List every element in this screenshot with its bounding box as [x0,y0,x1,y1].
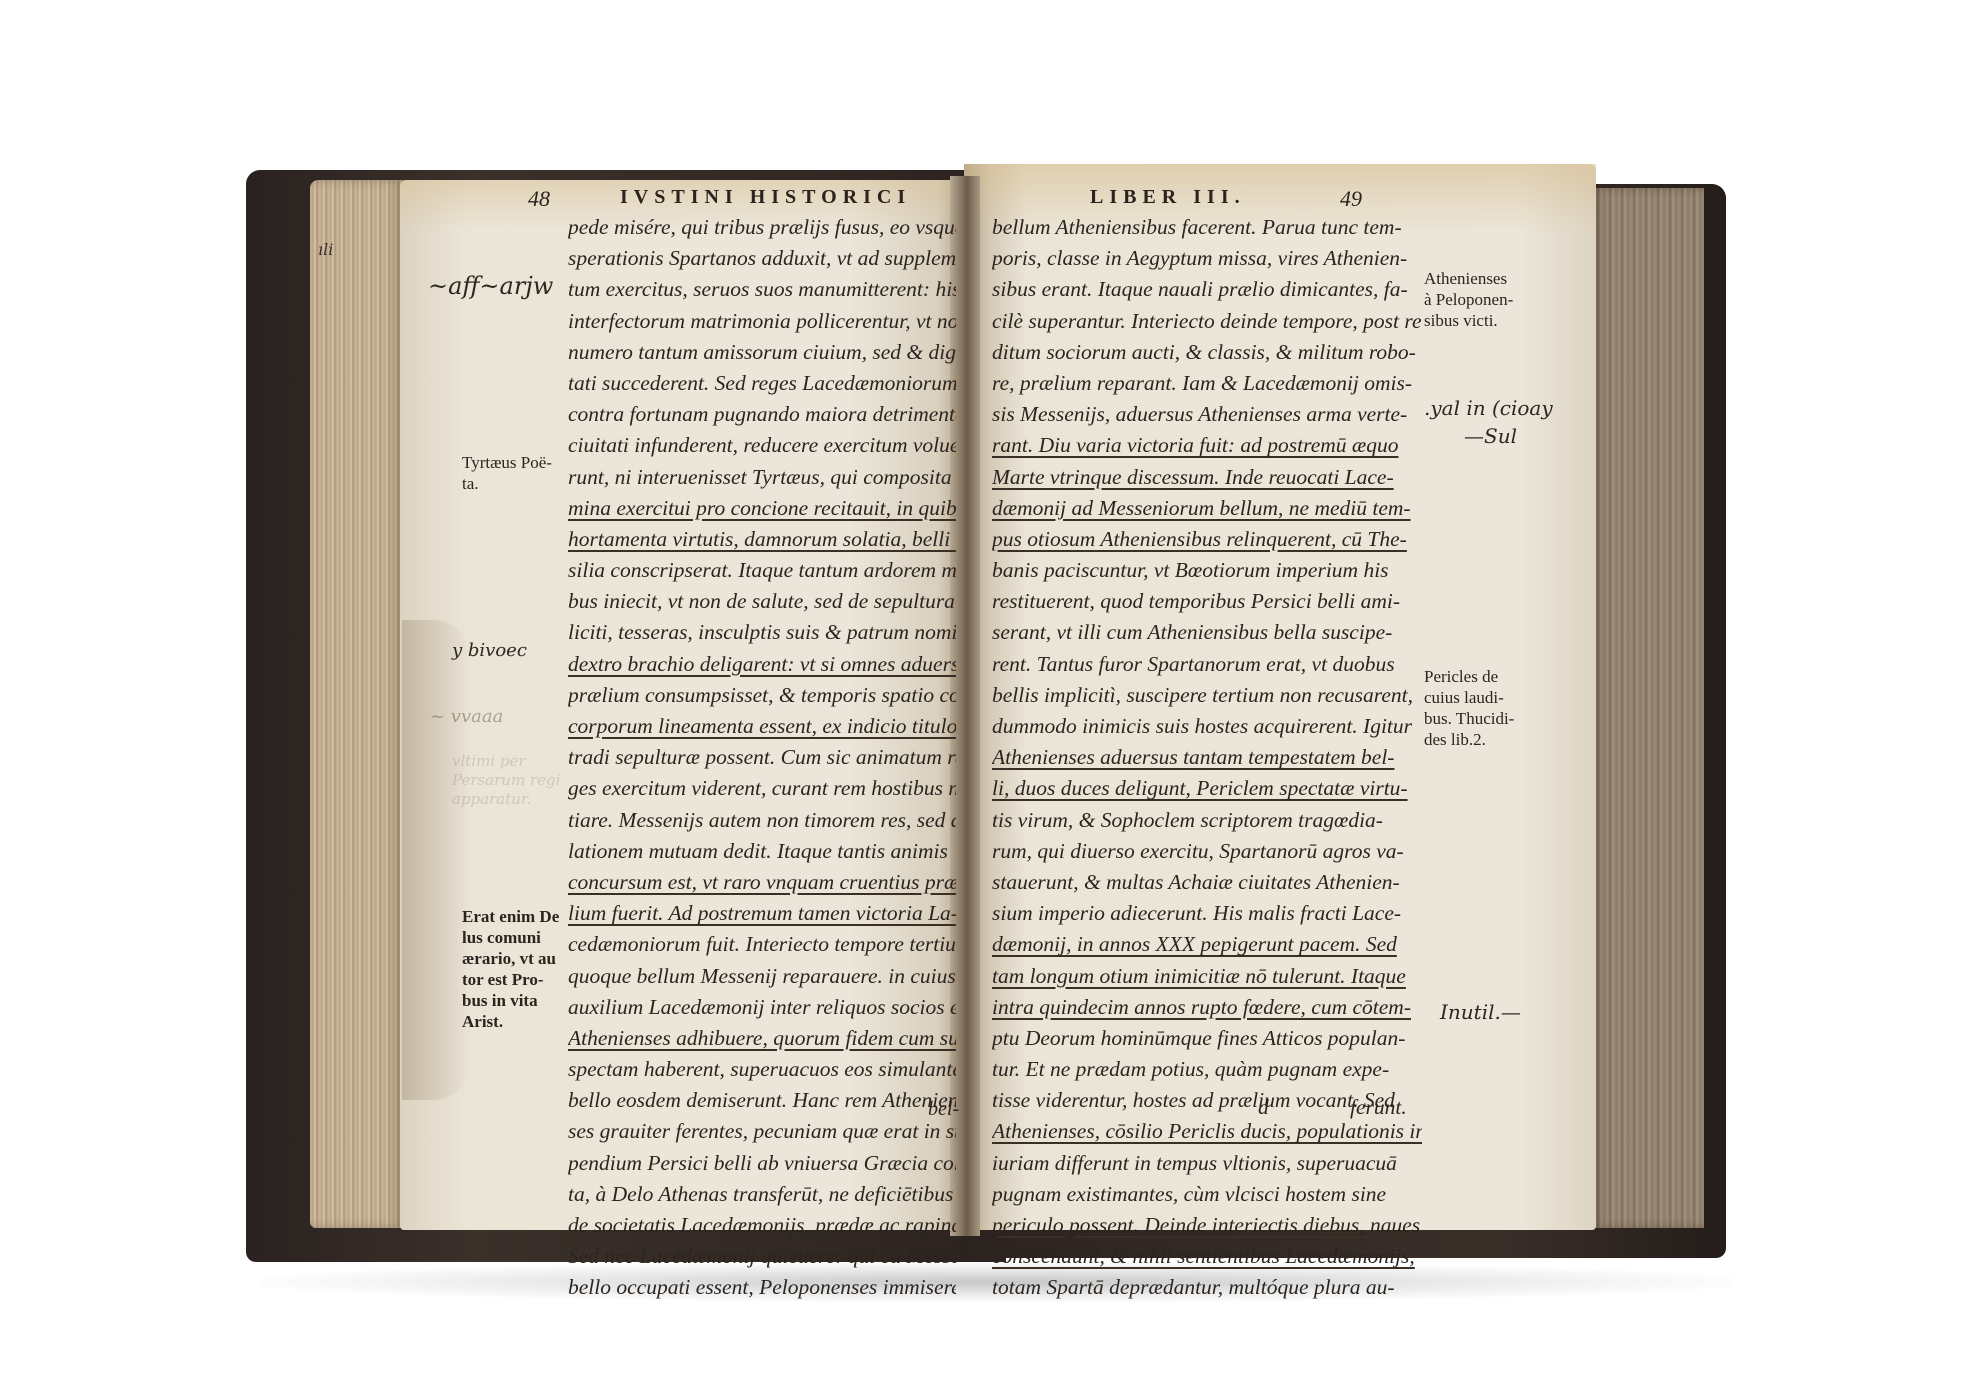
right-folio-number: 49 [1340,186,1362,212]
text-line-underlined: corporum lineamenta essent, ex indicio t… [568,711,956,742]
text-line-underlined: rant. Diu varia victoria fuit: ad postre… [992,430,1422,461]
text-line: liciti, tesseras, insculptis suis & patr… [568,617,956,648]
text-line-underlined: li, duos duces deligunt, Periclem specta… [992,773,1422,804]
text-line: interfectorum matrimonia pollicerentur, … [568,306,956,337]
text-line-underlined: Marte vtrinque discessum. Inde reuocati … [992,462,1422,493]
page-edges-left [310,180,402,1228]
text-line: pugnam existimantes, cùm vlcisci hostem … [992,1179,1422,1210]
side-note-pericles: Pericles de cuius laudi- bus. Thucidi- d… [1424,666,1514,750]
text-line-underlined: dæmonij, in annos XXX pepigerunt pacem. … [992,929,1422,960]
text-line-underlined: hortamenta virtutis, damnorum solatia, b… [568,524,956,555]
text-line-underlined: mina exercitui pro concione recitauit, i… [568,493,956,524]
text-line-underlined: dextro brachio deligarent: vt si omnes a… [568,649,956,680]
left-folio-number: 48 [528,186,550,212]
text-line-underlined: lium fuerit. Ad postremum tamen victoria… [568,898,956,929]
text-line-underlined: conscendunt, & nihil sentientibus Lacedæ… [992,1241,1422,1272]
right-running-head: LIBER III. [1090,186,1246,209]
left-page-catchword: bel- [928,1094,959,1125]
handwritten-note: .yal in (cioay [1424,396,1553,420]
text-line: ges exercitum viderent, curant rem hosti… [568,773,956,804]
text-line: tiare. Messenijs autem non timorem res, … [568,805,956,836]
text-line: sibus erant. Itaque nauali prælio dimica… [992,274,1422,305]
text-line: contra fortunam pugnando maiora detrimen… [568,399,956,430]
text-line: rent. Tantus furor Spartanorum erat, vt … [992,649,1422,680]
left-text-column: pede misére, qui tribus prælijs fusus, e… [568,212,956,1304]
text-line: poris, classe in Aegyptum missa, vires A… [992,243,1422,274]
text-line: rum, qui diuerso exercitu, Spartanorū ag… [992,836,1422,867]
text-line: auxilium Lacedæmonij inter reliquos soci… [568,992,956,1023]
text-line: restituerent, quod temporibus Persici be… [992,586,1422,617]
text-line: tum exercitus, seruos suos manumitterent… [568,274,956,305]
text-line: silia conscripserat. Itaque tantum ardor… [568,555,956,586]
text-line-underlined: Athenienses adhibuere, quorum fidem cum … [568,1023,956,1054]
text-line: bello eosdem demiserunt. Hanc rem Atheni… [568,1085,956,1116]
left-running-head: IVSTINI HISTORICI [620,186,911,209]
text-line: tur. Et ne prædam potius, quàm pugnam ex… [992,1054,1422,1085]
text-line: ses grauiter ferentes, pecuniam quæ erat… [568,1116,956,1147]
text-line-underlined: concursum est, vt raro vnquam cruentius … [568,867,956,898]
text-line: re, prælium reparant. Iam & Lacedæmonij … [992,368,1422,399]
handwritten-note: ~aff~arjw [428,272,553,300]
text-line-underlined: tam longum otium inimicitiæ nō tulerunt.… [992,961,1422,992]
text-line: runt, ni interuenisset Tyrtæus, qui comp… [568,462,956,493]
signature-mark: d [1258,1092,1269,1123]
side-note-tyrtaeus: Tyrtæus Poë- ta. [462,452,552,494]
text-line: pendium Persici belli ab vniuersa Græcia… [568,1148,956,1179]
text-line: bello occupati essent, Peloponenses immi… [568,1272,956,1303]
text-line: spectam haberent, superuacuos eos simula… [568,1054,956,1085]
text-line: sperationis Spartanos adduxit, vt ad sup… [568,243,956,274]
handwritten-note: Inutil.— [1440,1000,1521,1024]
text-line: bus iniecit, vt non de salute, sed de se… [568,586,956,617]
text-line-underlined: pus otiosum Atheniensibus relinquerent, … [992,524,1422,555]
text-line: de societatis Lacedæmonijs, prædæ ac rap… [568,1210,956,1241]
text-line: serant, vt illi cum Atheniensibus bella … [992,617,1422,648]
side-note-delus: Erat enim De lus comuni ærario, vt au to… [462,906,559,1032]
text-line: quoque bellum Messenij reparauere. in cu… [568,961,956,992]
text-line: cilè superantur. Interiecto deinde tempo… [992,306,1422,337]
edge-ink-mark: ıli [318,240,333,259]
text-line: lationem mutuam dedit. Itaque tantis ani… [568,836,956,867]
text-line: dummodo inimicis suis hostes acquirerent… [992,711,1422,742]
text-line: tis virum, & Sophoclem scriptorem tragœd… [992,805,1422,836]
text-line: sis Messenijs, aduersus Athenienses arma… [992,399,1422,430]
text-line: iuriam differunt in tempus vltionis, sup… [992,1148,1422,1179]
text-line: numero tantum amissorum ciuium, sed & di… [568,337,956,368]
text-line: stauerunt, & multas Achaiæ ciuitates Ath… [992,867,1422,898]
handwritten-note: y bivoec [452,640,527,661]
text-line: totam Spartā deprædantur, multóque plura… [992,1272,1422,1303]
text-line: bellis implicitì, suscipere tertium non … [992,680,1422,711]
handwritten-note-faded: ~ vvaaa [430,706,503,727]
text-line-underlined: Athenienses aduersus tantam tempestatem … [992,742,1422,773]
text-line-underlined: periculo possent. Deinde interiectis die… [992,1210,1422,1241]
side-note-athenienses: Athenienses à Peloponen- sibus victi. [1424,268,1513,331]
text-line-underlined: intra quindecim annos rupto fœdere, cum … [992,992,1422,1023]
text-line: ta, à Delo Athenas transferūt, ne defici… [568,1179,956,1210]
text-line: Sed nec Lacedæmonij quieuere: qui cū Mes… [568,1241,956,1272]
text-line: ciuitati infunderent, reducere exercitum… [568,430,956,461]
text-line: tradi sepulturæ possent. Cum sic animatu… [568,742,956,773]
text-line: cedæmoniorum fuit. Interiecto tempore te… [568,929,956,960]
text-line: ptu Deorum hominūmque fines Atticos popu… [992,1023,1422,1054]
text-line: bellum Atheniensibus facerent. Parua tun… [992,212,1422,243]
text-line-underlined: dæmonij ad Messeniorum bellum, ne mediū … [992,493,1422,524]
offset-ghost-text: vltimi per Persarum regi apparatur. [452,752,560,809]
text-line: pede misére, qui tribus prælijs fusus, e… [568,212,956,243]
text-line: sium imperio adiecerunt. His malis fract… [992,898,1422,929]
text-line: banis paciscuntur, vt Bœotiorum imperium… [992,555,1422,586]
text-line: tati succederent. Sed reges Lacedæmonior… [568,368,956,399]
page-edges-right [1592,188,1704,1228]
text-line: prælium consumpsisset, & temporis spatio… [568,680,956,711]
handwritten-note: —Sul [1464,424,1517,448]
right-text-column: bellum Atheniensibus facerent. Parua tun… [992,212,1422,1304]
right-page-catchword: ferunt. [1350,1092,1407,1123]
text-line: ditum sociorum aucti, & classis, & milit… [992,337,1422,368]
